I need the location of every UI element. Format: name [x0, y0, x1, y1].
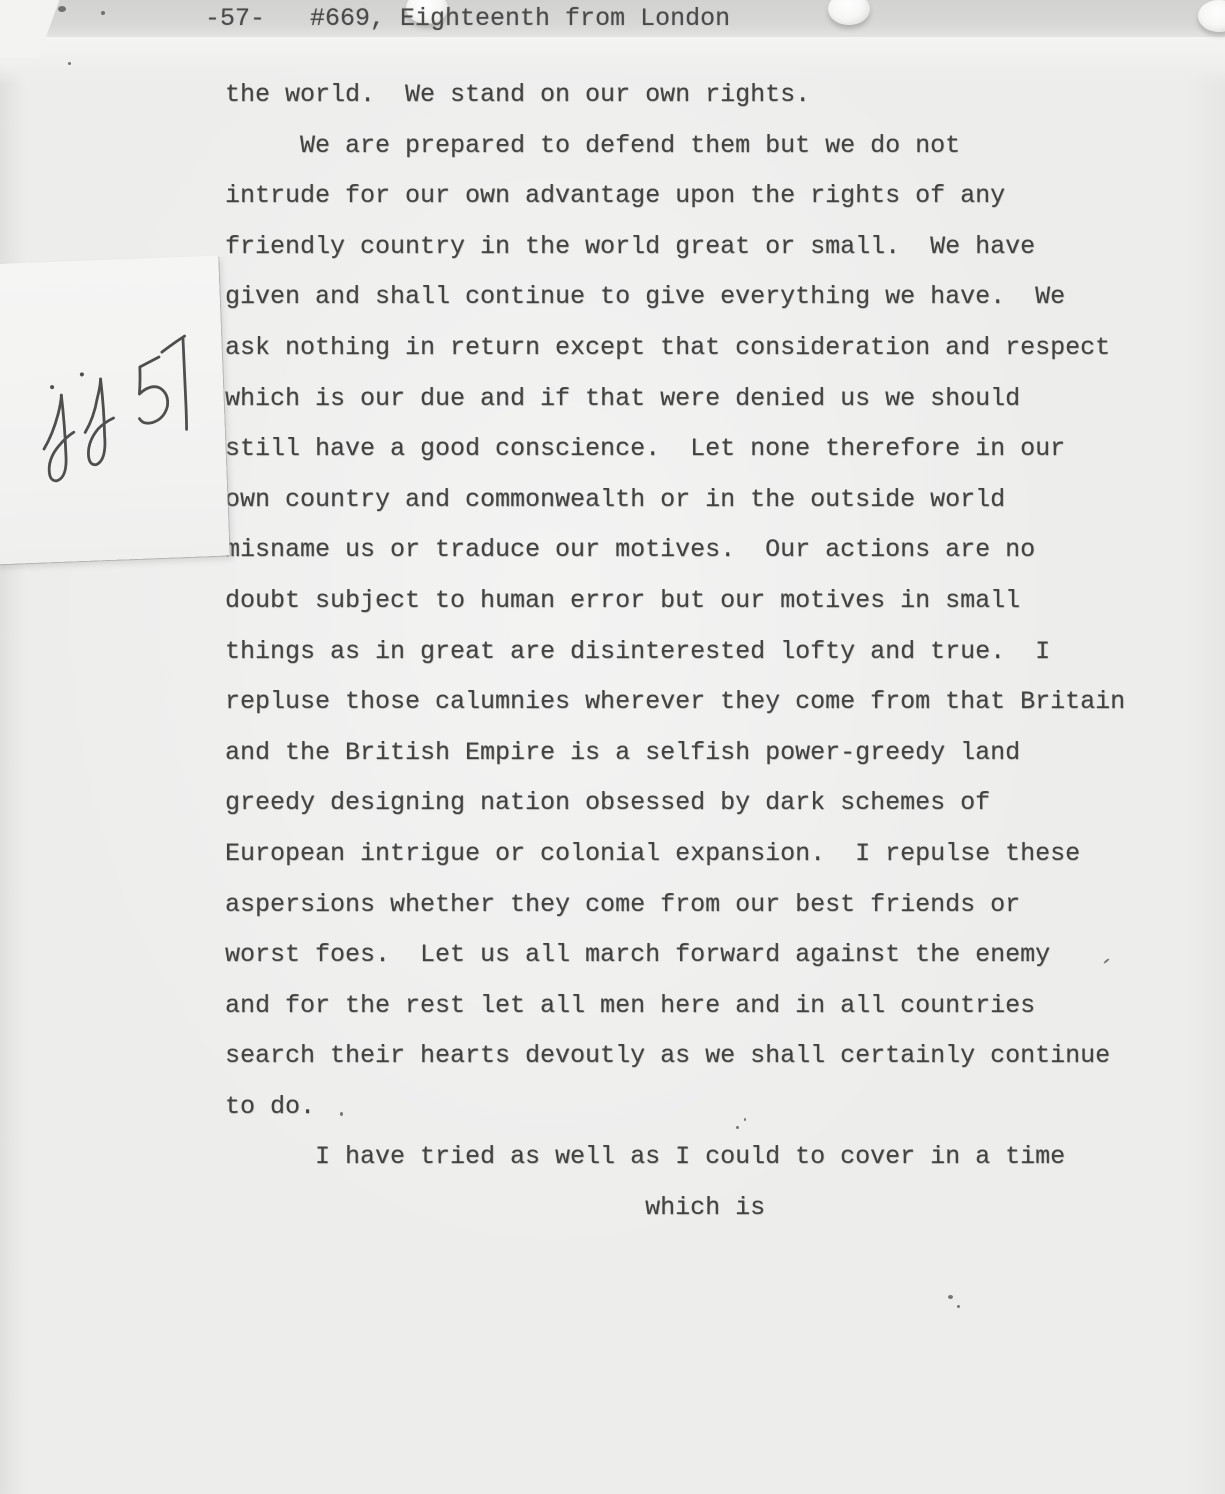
typed-line: repluse those calumnies wherever they co… — [225, 677, 1125, 728]
typed-line: which is — [225, 1183, 1125, 1234]
paper-speck — [948, 1295, 953, 1299]
scanned-document-page: { "document": { "header": "-57- #669, Ei… — [0, 0, 1225, 1494]
paper-speck — [101, 11, 105, 15]
handwritten-note — [12, 312, 223, 502]
typed-line: We are prepared to defend them but we do… — [225, 121, 1125, 172]
typed-line: the world. We stand on our own rights. — [225, 70, 1125, 121]
page-header: -57- #669, Eighteenth from London — [205, 2, 730, 36]
typed-line: own country and commonwealth or in the o… — [225, 475, 1125, 526]
typed-line: and the British Empire is a selfish powe… — [225, 728, 1125, 779]
typed-line: misname us or traduce our motives. Our a… — [225, 525, 1125, 576]
typed-body: the world. We stand on our own rights. W… — [225, 70, 1125, 1234]
typed-line: ask nothing in return except that consid… — [225, 323, 1125, 374]
paper-speck — [736, 1126, 739, 1129]
typed-line: which is our due and if that were denied… — [225, 374, 1125, 425]
typed-line: worst foes. Let us all march forward aga… — [225, 930, 1125, 981]
typed-line: given and shall continue to give everyth… — [225, 272, 1125, 323]
typed-line: doubt subject to human error but our mot… — [225, 576, 1125, 627]
typed-line: things as in great are disinterested lof… — [225, 627, 1125, 678]
typed-line: aspersions whether they come from our be… — [225, 880, 1125, 931]
paper-speck — [68, 62, 71, 65]
typed-line: search their hearts devoutly as we shall… — [225, 1031, 1125, 1082]
typed-line: European intrigue or colonial expansion.… — [225, 829, 1125, 880]
typed-line: greedy designing nation obsessed by dark… — [225, 778, 1125, 829]
paper-speck — [58, 6, 66, 12]
typed-line: still have a good conscience. Let none t… — [225, 424, 1125, 475]
typed-line: I have tried as well as I could to cover… — [225, 1132, 1125, 1183]
typed-line: friendly country in the world great or s… — [225, 222, 1125, 273]
typed-line: to do. — [225, 1082, 1125, 1133]
paper-speck — [340, 1112, 343, 1116]
attached-note-slip — [0, 256, 230, 565]
typed-line: and for the rest let all men here and in… — [225, 981, 1125, 1032]
typed-line: intrude for our own advantage upon the r… — [225, 171, 1125, 222]
page-corner — [0, 0, 86, 58]
paper-speck — [957, 1305, 960, 1308]
paper-speck — [744, 1118, 746, 1121]
